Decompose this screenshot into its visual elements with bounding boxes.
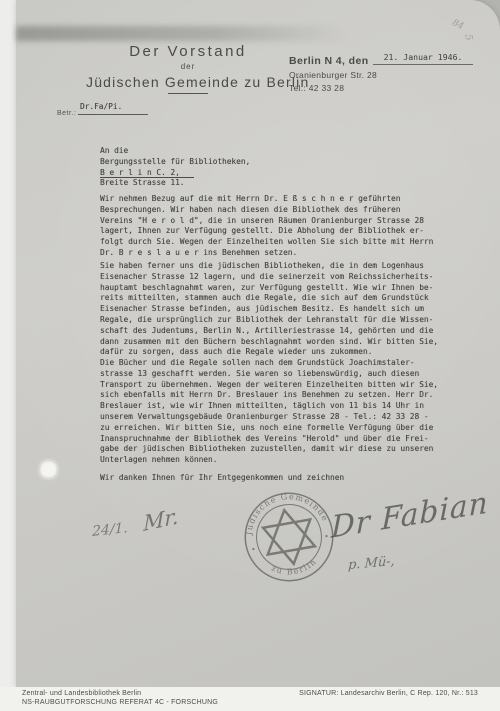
phone-line: Tel.: 42 33 28: [289, 83, 377, 93]
typed-date: 21. Januar 1946.: [373, 52, 473, 65]
punch-hole: [39, 460, 58, 479]
street-line: Oranienburger Str. 28: [289, 70, 377, 80]
footer-institution-line2: NS-RAUBGUTFORSCHUNG REFERAT 4C - FORSCHU…: [22, 699, 218, 708]
reference-underline: [78, 114, 148, 115]
body-paragraph-3: Die Bücher und die Regale sollen nach de…: [100, 358, 445, 466]
header-address-block: Berlin N 4, den 21. Januar 1946. Oranien…: [289, 55, 377, 93]
recipient-address: An die Bergungsstelle für Bibliotheken, …: [100, 146, 250, 189]
body-paragraph-2: Sie haben ferner uns die jüdischen Bibli…: [100, 261, 445, 358]
letterhead-line1: Der Vorstand: [86, 43, 290, 60]
recipient-line1: An die: [100, 146, 250, 157]
footer-signatur: SIGNATUR: Landesarchiv Berlin, C Rep. 12…: [299, 690, 478, 697]
reference-label: Betr.:: [57, 110, 76, 117]
recipient-line2: Bergungsstelle für Bibliotheken,: [100, 157, 250, 168]
letterhead-rule: [168, 93, 208, 94]
city-date-label: Berlin N 4, den: [289, 55, 377, 67]
scan-shadow: [16, 26, 346, 41]
letterhead: Der Vorstand der Jüdischen Gemeinde zu B…: [86, 43, 290, 94]
footer-institution-line1: Zentral- und Landesbibliothek Berlin: [22, 690, 218, 699]
closing-line: Wir danken Ihnen für Ihr Entgegenkommen …: [100, 473, 344, 484]
recipient-city: B e r l i n C. 2,: [100, 168, 194, 179]
body-paragraph-1: Wir nehmen Bezug auf die mit Herrn Dr. E…: [100, 194, 445, 259]
reference-value: Dr.Fa/Pi.: [80, 102, 122, 113]
stamp-dot-right: [325, 535, 328, 538]
letterhead-line2: der: [86, 62, 290, 71]
jewish-community-seal-stamp: Jüdische Gemeinde zu Berlin: [235, 483, 344, 592]
archive-footer-bar: Zentral- und Landesbibliothek Berlin NS-…: [0, 687, 500, 711]
letterhead-line3: Jüdischen Gemeinde zu Berlin: [86, 74, 290, 90]
recipient-line4: Breite Strasse 11.: [100, 178, 250, 189]
stamp-dot-left: [252, 548, 255, 551]
footer-institution: Zentral- und Landesbibliothek Berlin NS-…: [22, 690, 218, 707]
